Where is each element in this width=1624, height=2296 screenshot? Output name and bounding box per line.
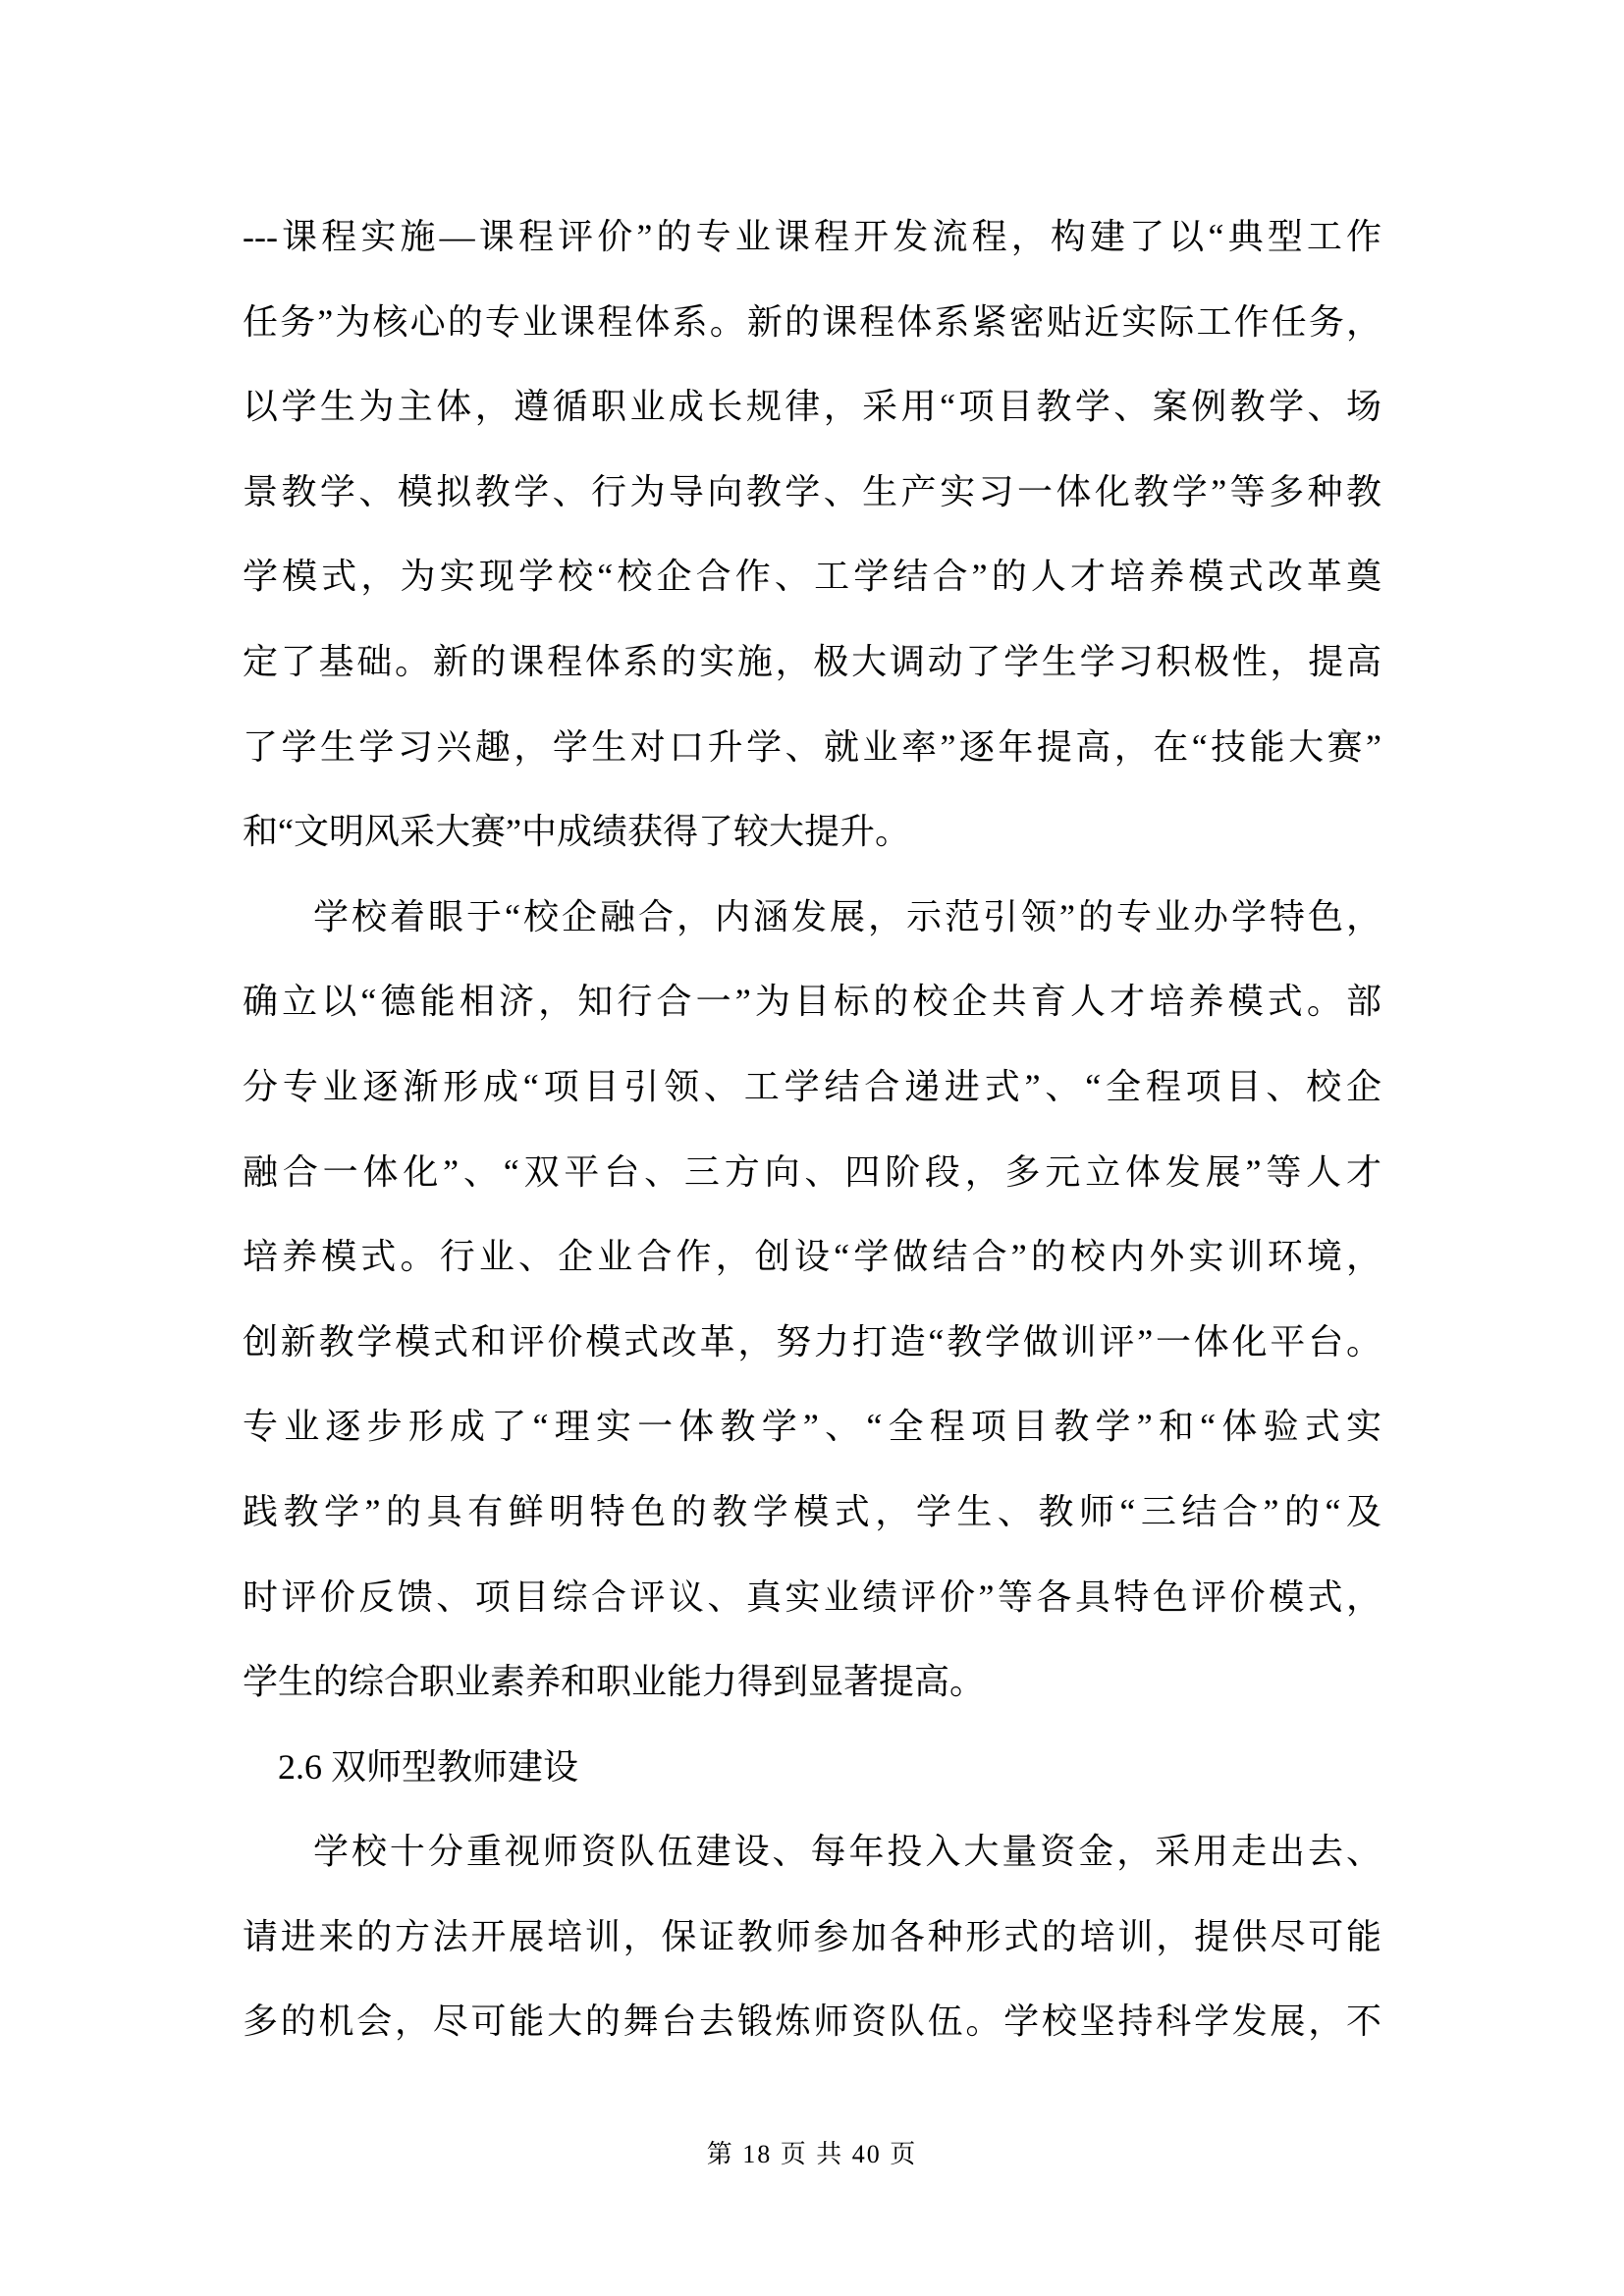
page-number-text: 第 18 页 共 40 页 (707, 2140, 918, 2168)
text-line: 以学生为主体，遵循职业成长规律，采用“项目教学、案例教学、场 (243, 364, 1381, 450)
text-line: 学模式，为实现学校“校企合作、工学结合”的人才培养模式改革奠 (243, 534, 1381, 619)
text-line: 融合一体化”、“双平台、三方向、四阶段，多元立体发展”等人才 (243, 1130, 1381, 1215)
text-line: 和“文明风采大赛”中成绩获得了较大提升。 (243, 789, 1381, 875)
text-line: 创新教学模式和评价模式改革，努力打造“教学做训评”一体化平台。 (243, 1300, 1381, 1385)
text-line: 分专业逐渐形成“项目引领、工学结合递进式”、“全程项目、校企 (243, 1044, 1381, 1130)
text-line: 多的机会，尽可能大的舞台去锻炼师资队伍。学校坚持科学发展，不 (243, 1979, 1381, 2064)
text-line: 学生的综合职业素养和职业能力得到显著提高。 (243, 1639, 1381, 1725)
text-line: 学校着眼于“校企融合，内涵发展，示范引领”的专业办学特色， (243, 875, 1381, 960)
text-line: 践教学”的具有鲜明特色的教学模式，学生、教师“三结合”的“及 (243, 1469, 1381, 1555)
text-line: 专业逐步形成了“理实一体教学”、“全程项目教学”和“体验式实 (243, 1384, 1381, 1469)
page-footer: 第 18 页 共 40 页 (0, 2140, 1624, 2169)
text-line: 请进来的方法开展培训，保证教师参加各种形式的培训，提供尽可能 (243, 1895, 1381, 1980)
text-line: 培养模式。行业、企业合作，创设“学做结合”的校内外实训环境， (243, 1214, 1381, 1300)
document-page: ---课程实施—课程评价”的专业课程开发流程，构建了以“典型工作任务”为核心的专… (0, 0, 1624, 2296)
text-line: 景教学、模拟教学、行为导向教学、生产实习一体化教学”等多种教 (243, 450, 1381, 535)
text-line: ---课程实施—课程评价”的专业课程开发流程，构建了以“典型工作 (243, 194, 1381, 280)
text-line: 了学生学习兴趣，学生对口升学、就业率”逐年提高，在“技能大赛” (243, 705, 1381, 790)
text-line: 时评价反馈、项目综合评议、真实业绩评价”等各具特色评价模式， (243, 1555, 1381, 1640)
text-line: 任务”为核心的专业课程体系。新的课程体系紧密贴近实际工作任务， (243, 280, 1381, 365)
text-line: 学校十分重视师资队伍建设、每年投入大量资金，采用走出去、 (243, 1809, 1381, 1895)
document-body: ---课程实施—课程评价”的专业课程开发流程，构建了以“典型工作任务”为核心的专… (243, 194, 1381, 2064)
text-line: 确立以“德能相济，知行合一”为目标的校企共育人才培养模式。部 (243, 959, 1381, 1044)
section-heading: 2.6 双师型教师建设 (243, 1725, 1381, 1810)
text-line: 定了基础。新的课程体系的实施，极大调动了学生学习积极性，提高 (243, 619, 1381, 705)
